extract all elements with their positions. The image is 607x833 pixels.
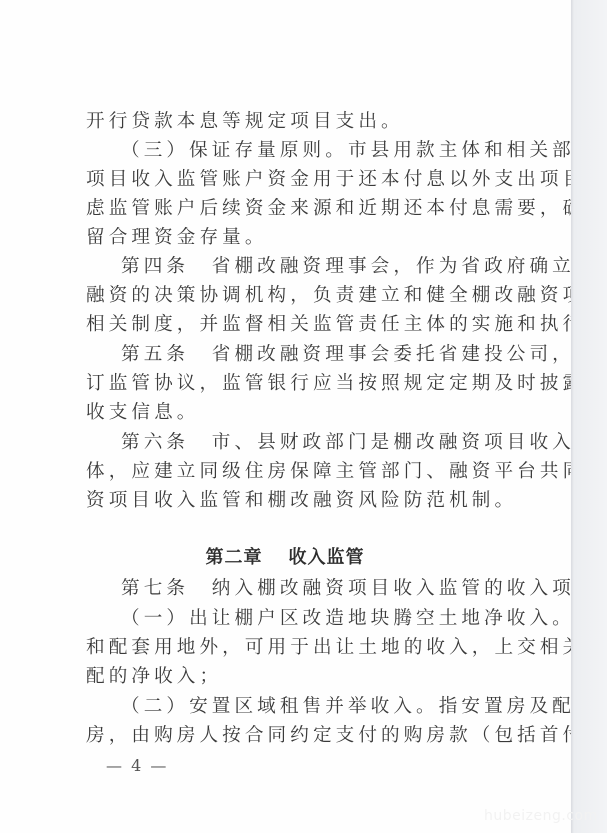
text-line: 体，应建立同级住房保障主管部门、融资平台共同参与的棚改融 [86,461,526,483]
text-line: 融资的决策协调机构，负责建立和健全棚改融资项目收支监管的 [86,285,526,307]
text-line: 资项目收入监管和棚改融资风险防范机制。 [86,490,526,512]
text-line: （三）保证存量原则。市县用款主体和相关部门将棚改融资 [121,140,561,162]
article-4-line: 第四条 省棚改融资理事会，作为省政府确立的棚户区改造 [121,256,561,278]
text-line: 配的净收入； [86,666,526,688]
page-number: — 4 — [106,756,168,775]
article-6-line: 第六条 市、县财政部门是棚改融资项目收入监管的责任主 [121,432,561,454]
text-line: （二）安置区域租售并举收入。指安置房及配建设商业用 [121,696,561,718]
text-line: （一）出让棚户区改造地块腾空土地净收入。指除原地安置 [121,608,561,630]
page-edge-shadow [571,0,607,833]
chapter-title: 收入监管 [289,547,365,568]
text-line: 房，由购房人按合同约定支付的购房款（包括首付款、分期付 [86,725,526,747]
text-line: 收支信息。 [86,402,526,424]
chapter-number: 第二章 [206,547,263,568]
document-page: 开行贷款本息等规定项目支出。 （三）保证存量原则。市县用款主体和相关部门将棚改融… [0,0,570,833]
article-5-line: 第五条 省棚改融资理事会委托省建投公司，与监管银行签 [121,344,561,366]
text-line: 项目收入监管账户资金用于还本付息以外支出项目的，要充分考 [86,169,526,191]
article-7-line: 第七条 纳入棚改融资项目收入监管的收入项目： [121,578,561,600]
text-line: 相关制度，并监督相关监管责任主体的实施和执行。 [86,314,526,336]
text-line: 订监管协议，监管银行应当按照规定定期及时披露棚改融资项目 [86,373,526,395]
text-line: 和配套用地外，可用于出让土地的收入，上交相关税费后用于支 [86,637,526,659]
chapter-heading: 第二章收入监管 [0,543,570,569]
text-line: 虑监管账户后续资金来源和近期还本付息需要，确保监管账户保 [86,198,526,220]
text-line: 留合理资金存量。 [86,227,526,249]
watermark: hubeizeng.com [484,808,598,824]
text-line: 开行贷款本息等规定项目支出。 [86,111,526,133]
